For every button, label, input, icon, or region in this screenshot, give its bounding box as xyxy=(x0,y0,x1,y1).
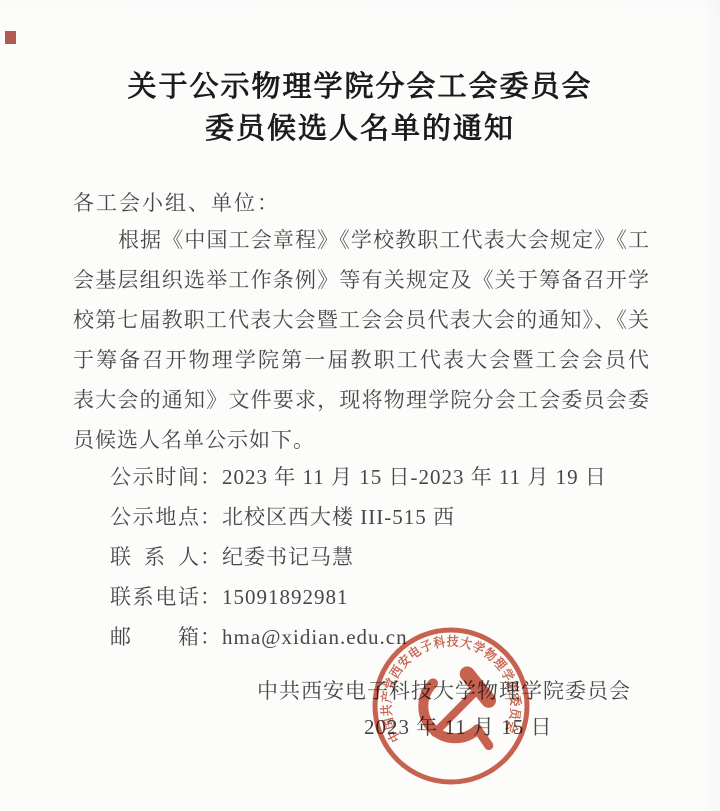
detail-label: 邮箱 xyxy=(110,617,200,657)
detail-value: 15091892981 xyxy=(222,585,349,609)
detail-colon: ： xyxy=(200,457,222,497)
detail-value: 北校区西大楼 III-515 西 xyxy=(222,505,455,529)
detail-value: 2023 年 11 月 15 日-2023 年 11 月 19 日 xyxy=(222,465,607,489)
detail-label: 公示地点 xyxy=(110,497,200,537)
detail-label: 联系人 xyxy=(110,537,200,577)
seal-ring xyxy=(375,630,527,782)
detail-colon: ： xyxy=(200,617,222,657)
detail-colon: ： xyxy=(200,577,222,617)
detail-row-publicity-time: 公示时间：2023 年 11 月 15 日-2023 年 11 月 19 日 xyxy=(110,457,670,497)
detail-label: 公示时间 xyxy=(110,457,200,497)
scanned-notice-page: 关于公示物理学院分会工会委员会 委员候选人名单的通知 各工会小组、单位： 根据《… xyxy=(0,0,720,811)
detail-colon: ： xyxy=(200,497,222,537)
paragraph-line: 根据《中国工会章程》《学校教职工代表大会规定》《工 xyxy=(73,220,650,260)
red-corner-mark xyxy=(5,31,16,44)
detail-row-publicity-place: 公示地点：北校区西大楼 III-515 西 xyxy=(110,497,670,537)
salutation: 各工会小组、单位： xyxy=(73,183,653,223)
notice-title: 关于公示物理学院分会工会委员会 委员候选人名单的通知 xyxy=(0,66,720,150)
paragraph-line: 会基层组织选举工作条例》等有关规定及《关于筹备召开学 xyxy=(73,260,650,300)
detail-value: 纪委书记马慧 xyxy=(222,545,354,569)
paragraph-line: 员候选人名单公示如下。 xyxy=(73,420,650,460)
detail-colon: ： xyxy=(200,537,222,577)
notice-title-line2: 委员候选人名单的通知 xyxy=(0,108,720,150)
detail-label: 联系电话 xyxy=(110,577,200,617)
notice-body-paragraph: 根据《中国工会章程》《学校教职工代表大会规定》《工 会基层组织选举工作条例》等有… xyxy=(73,220,650,460)
official-seal: 中国共产党西安电子科技大学物理学院委员会 xyxy=(353,608,549,804)
notice-title-line1: 关于公示物理学院分会工会委员会 xyxy=(0,66,720,108)
paragraph-line: 于筹备召开物理学院第一届教职工代表大会暨工会会员代 xyxy=(73,340,650,380)
detail-row-contact-person: 联系人：纪委书记马慧 xyxy=(110,537,670,577)
hammer-sickle-emblem xyxy=(420,670,496,746)
paragraph-line: 校第七届教职工代表大会暨工会会员代表大会的通知》、《关 xyxy=(73,300,650,340)
paragraph-line: 表大会的通知》文件要求，现将物理学院分会工会委员会委 xyxy=(73,380,650,420)
